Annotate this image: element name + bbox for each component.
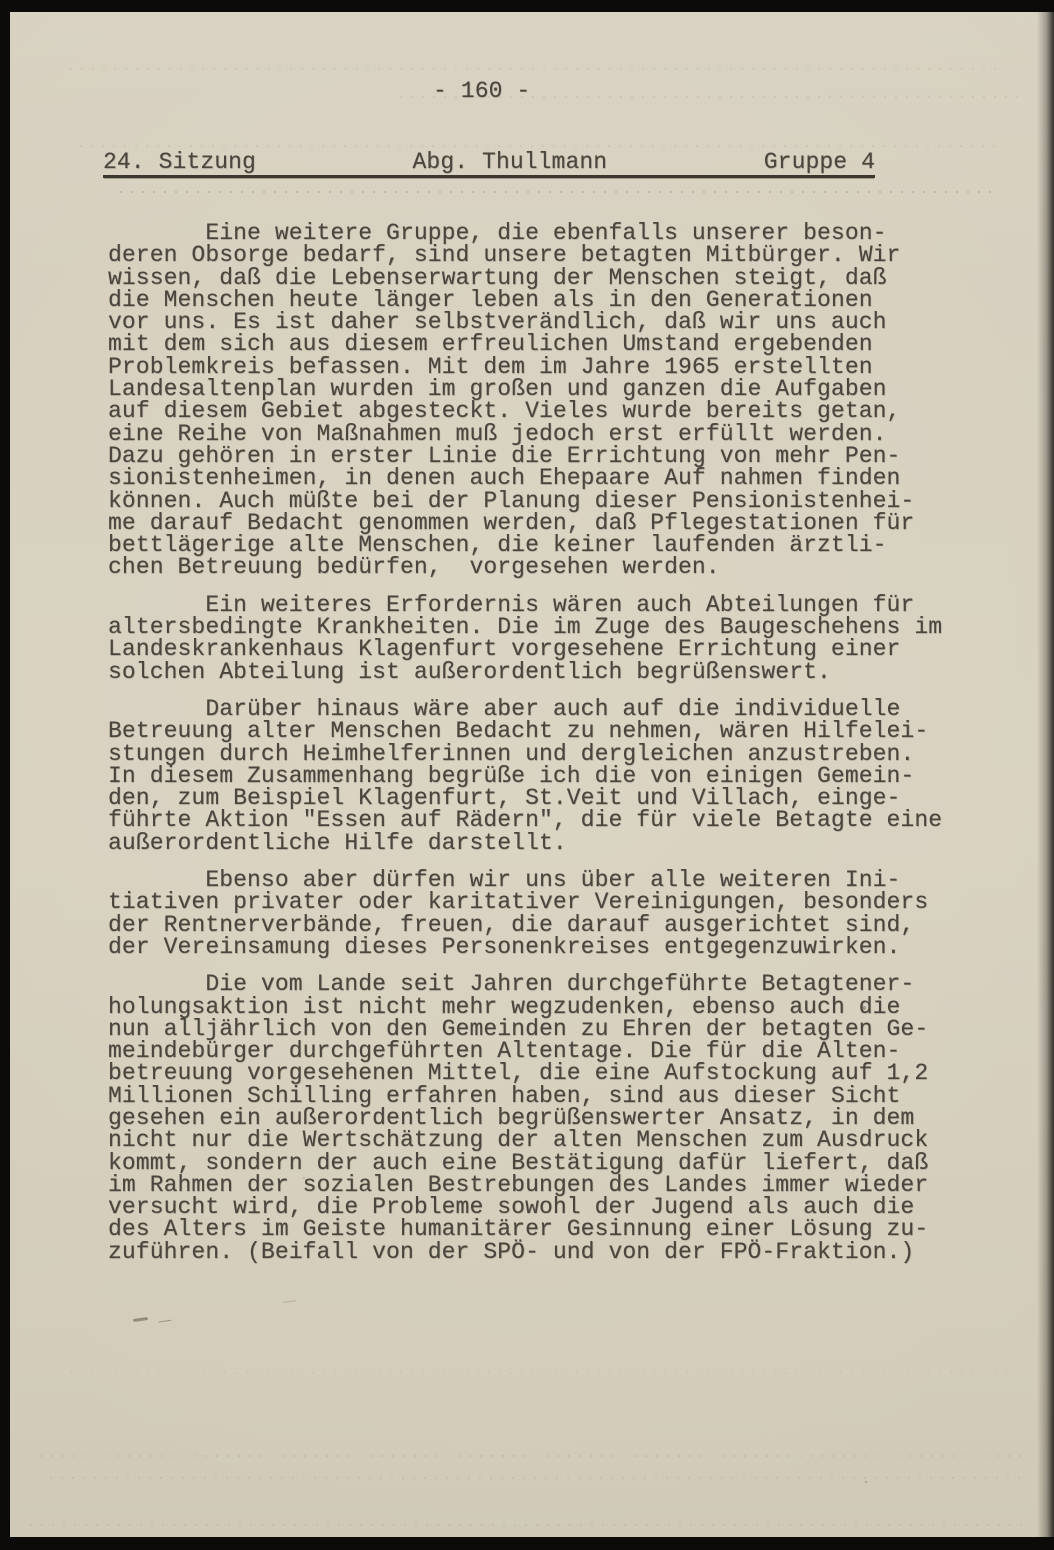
scan-noise-row	[80, 145, 1000, 147]
scan-noise-row	[50, 1477, 1020, 1479]
scan-noise-row	[30, 1524, 1030, 1526]
header-speaker-label: Abg. Thullmann	[413, 151, 608, 175]
scan-edge-left	[0, 0, 10, 1550]
header-group-label: Gruppe 4	[764, 151, 875, 175]
scan-noise-row	[70, 1372, 1010, 1374]
paragraph-4: Ebenso aber dürfen wir uns über alle wei…	[108, 869, 958, 958]
ink-smudge	[133, 1317, 148, 1322]
paragraph-3: Darüber hinaus wäre aber auch auf die in…	[108, 698, 958, 854]
page-header: 24. Sitzung Abg. Thullmann Gruppe 4	[103, 151, 875, 178]
paragraph-2: Ein weiteres Erfordernis wären auch Abte…	[108, 594, 958, 683]
scan-edge-bottom	[0, 1537, 1054, 1550]
document-scan: { "document": { "page_number": "- 160 -"…	[0, 0, 1054, 1550]
paper-page: - 160 - 24. Sitzung Abg. Thullmann Grupp…	[10, 12, 1054, 1537]
scan-noise-row	[40, 1455, 1030, 1457]
paragraph-5: Die vom Lande seit Jahren durchgeführte …	[108, 973, 958, 1263]
paragraph-1: Eine weitere Gruppe, die ebenfalls unser…	[108, 222, 958, 579]
page-number: - 160 -	[433, 80, 530, 103]
paper-speck	[862, 1006, 866, 1010]
header-session-label: 24. Sitzung	[103, 151, 256, 175]
scan-edge-top	[0, 0, 1054, 12]
scan-noise-row	[120, 191, 1000, 193]
scan-noise-row	[70, 68, 1000, 70]
speech-body: Eine weitere Gruppe, die ebenfalls unser…	[108, 222, 958, 1263]
